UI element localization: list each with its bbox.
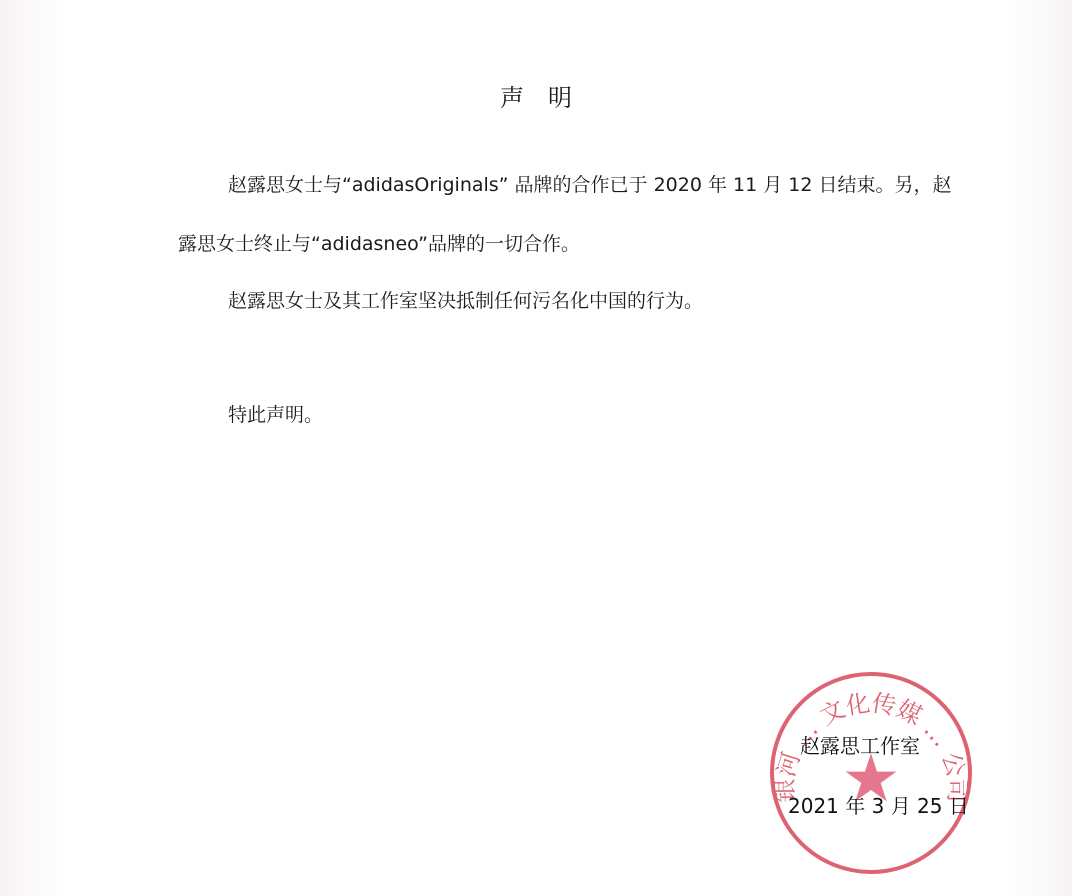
document-page: 声明 赵露思女士与“adidasOriginals” 品牌的合作已于 2020 …: [0, 0, 1072, 896]
paragraph-2: 赵露思女士及其工作室坚决抵制任何污名化中国的行为。: [228, 286, 703, 313]
signature-date: 2021 年 3 月 25 日: [788, 790, 969, 819]
paragraph-1-line-1: 赵露思女士与“adidasOriginals” 品牌的合作已于 2020 年 1…: [228, 170, 952, 197]
closing-line: 特此声明。: [228, 400, 323, 427]
signature-name: 赵露思工作室: [800, 730, 920, 759]
document-title: 声明: [0, 78, 1072, 113]
company-seal: 银河 … 文化传媒 … 公司 ★: [770, 672, 972, 874]
paragraph-1-line-2: 露思女士终止与“adidasneo”品牌的一切合作。: [178, 229, 580, 256]
